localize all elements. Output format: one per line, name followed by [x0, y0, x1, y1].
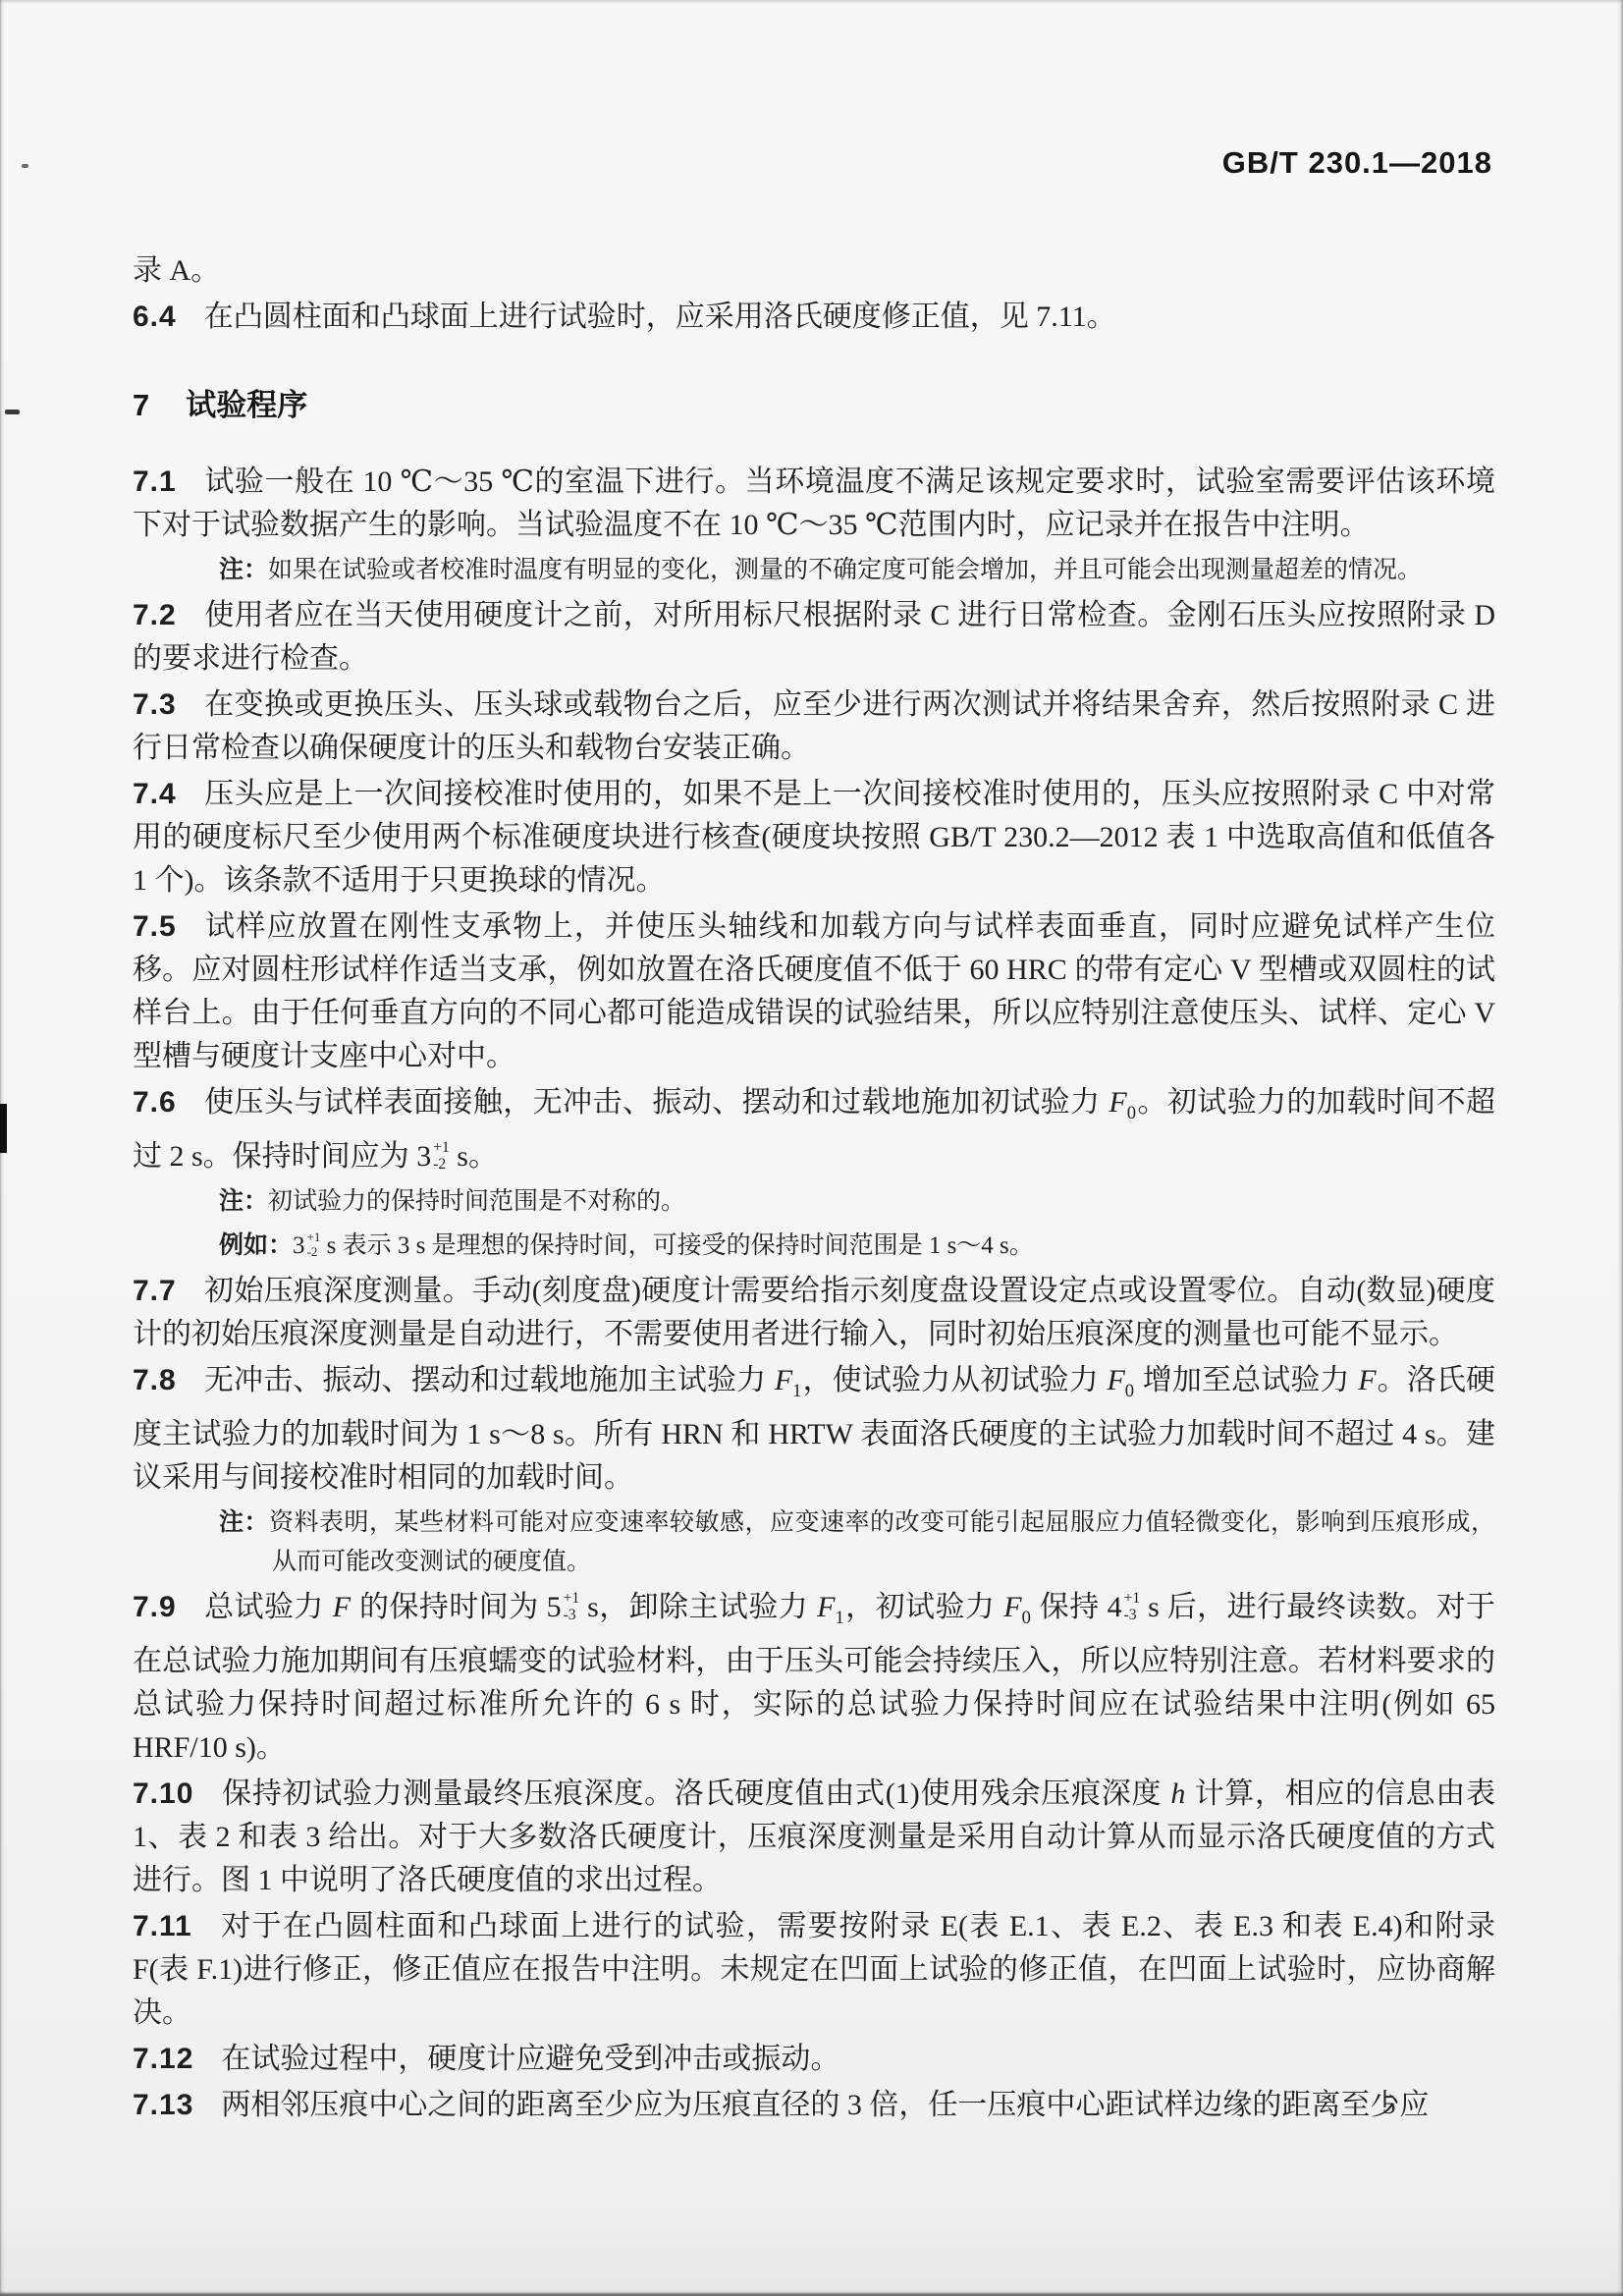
section-title: 试验程序: [186, 388, 307, 422]
scanned-document-page: GB/T 230.1—2018 录 A。6.4在凸圆柱面和凸球面上进行试验时，应…: [0, 0, 1623, 2296]
clause-paragraph: 7.9总试验力 F 的保持时间为 5+1-3 s，卸除主试验力 F1，初试验力 …: [133, 1586, 1495, 1770]
text-run: 压头应是上一次间接校准时使用的，如果不是上一次间接校准时使用的，压头应按照附录 …: [133, 778, 1495, 897]
variable-h: h: [1169, 1777, 1186, 1810]
note-paragraph: 注：如果在试验或者校准时温度有明显的变化，测量的不确定度可能会增加，并且可能会出…: [133, 550, 1495, 590]
text-run: 保持: [1032, 1591, 1108, 1623]
text-run: 在凸圆柱面和凸球面上进行试验时，应采用洛氏硬度修正值，见 7.11。: [204, 301, 1116, 333]
scan-artifact-bar: [0, 1104, 7, 1153]
clause-number: 7.10: [133, 1777, 193, 1810]
clause-paragraph: 6.4在凸圆柱面和凸球面上进行试验时，应采用洛氏硬度修正值，见 7.11。: [133, 296, 1495, 339]
clause-number: 7.1: [133, 465, 177, 498]
section-heading: 7试验程序: [133, 386, 1495, 425]
note-label: 注：: [219, 556, 268, 583]
clause-number: 7.5: [133, 910, 177, 943]
text-run: 试样应放置在刚性支承物上，并使压头轴线和加载方向与试样表面垂直，同时应避免试样产…: [133, 910, 1495, 1072]
clause-number: 7.4: [133, 778, 177, 810]
clause-number: 6.4: [133, 301, 177, 333]
clause-paragraph: 7.7初始压痕深度测量。手动(刻度盘)硬度计需要给指示刻度盘设置设定点或设置零位…: [133, 1270, 1495, 1356]
clause-paragraph: 7.12在试验过程中，硬度计应避免受到冲击或振动。: [133, 2038, 1495, 2081]
tolerance-value: 5+1-3: [547, 1586, 580, 1629]
clause-paragraph: 7.4压头应是上一次间接校准时使用的，如果不是上一次间接校准时使用的，压头应按照…: [133, 773, 1495, 902]
clause-number: 7.2: [133, 599, 177, 631]
text-run: 使压头与试样表面接触，无冲击、振动、摆动和过载地施加初试验力: [204, 1086, 1109, 1119]
text-run: s，卸除主试验力: [579, 1591, 816, 1623]
variable-F1: F1: [774, 1364, 803, 1396]
clause-paragraph: 7.13两相邻压痕中心之间的距离至少应为压痕直径的 3 倍，任一压痕中心距试样边…: [133, 2084, 1495, 2127]
page-number: 5: [1382, 2090, 1396, 2120]
standard-number-header: GB/T 230.1—2018: [1222, 145, 1492, 181]
tolerance-value: 3+1-2: [416, 1135, 450, 1178]
note-label: 例如：: [219, 1231, 293, 1259]
clause-paragraph: 7.10保持初试验力测量最终压痕深度。洛氏硬度值由式(1)使用残余压痕深度 h …: [133, 1773, 1495, 1902]
clause-paragraph: 7.2使用者应在当天使用硬度计之前，对所用标尺根据附录 C 进行日常检查。金刚石…: [133, 594, 1495, 681]
text-run: ，初试验力: [845, 1591, 1003, 1623]
clause-paragraph: 7.8无冲击、振动、摆动和过载地施加主试验力 F1，使试验力从初试验力 F0 增…: [133, 1359, 1495, 1500]
text-run: 试验一般在 10 ℃～35 ℃的室温下进行。当环境温度不满足该规定要求时，试验室…: [133, 465, 1495, 541]
clause-paragraph: 7.3在变换或更换压头、压头球或载物台之后，应至少进行两次测试并将结果舍弃，然后…: [133, 683, 1495, 770]
text-run: ，使试验力从初试验力: [802, 1364, 1106, 1396]
clause-number: 7.7: [133, 1275, 177, 1307]
text-run: 增加至总试验力: [1135, 1364, 1357, 1396]
clause-number: 7.9: [133, 1591, 177, 1623]
tolerance-value: 3+1-2: [293, 1227, 320, 1266]
text-run: 在试验过程中，硬度计应避免受到冲击或振动。: [221, 2043, 839, 2075]
text-run: 使用者应在当天使用硬度计之前，对所用标尺根据附录 C 进行日常检查。金刚石压头应…: [133, 599, 1495, 675]
section-number: 7: [133, 388, 150, 422]
text-run: 总试验力: [204, 1591, 332, 1623]
document-content: 录 A。6.4在凸圆柱面和凸球面上进行试验时，应采用洛氏硬度修正值，见 7.11…: [133, 249, 1495, 2130]
variable-F1: F1: [816, 1591, 845, 1623]
text-run: 无冲击、振动、摆动和过载地施加主试验力: [204, 1364, 774, 1396]
text-run: 对于在凸圆柱面和凸球面上进行的试验，需要按附录 E(表 E.1、表 E.2、表 …: [133, 1910, 1495, 2029]
variable-F0: F0: [1002, 1591, 1032, 1623]
tolerance-value: 4+1-3: [1108, 1586, 1141, 1629]
scan-artifact-tick: [5, 410, 20, 414]
clause-paragraph: 7.5试样应放置在刚性支承物上，并使压头轴线和加载方向与试样表面垂直，同时应避免…: [133, 905, 1495, 1078]
text-run: 如果在试验或者校准时温度有明显的变化，测量的不确定度可能会增加，并且可能会出现测…: [268, 557, 1422, 583]
note-label: 注：: [219, 1187, 268, 1215]
text-run: 资料表明，某些材料可能对应变速率较敏感，应变速率的改变可能引起屈服应力值轻微变化…: [269, 1509, 1495, 1575]
continuation-paragraph: 录 A。: [133, 249, 1495, 293]
text-run: 初试验力的保持时间范围是不对称的。: [268, 1188, 685, 1215]
variable-F0: F0: [1106, 1364, 1135, 1396]
clause-paragraph: 7.11对于在凸圆柱面和凸球面上进行的试验，需要按附录 E(表 E.1、表 E.…: [133, 1905, 1495, 2035]
text-run: 在变换或更换压头、压头球或载物台之后，应至少进行两次测试并将结果舍弃，然后按照附…: [133, 688, 1495, 764]
text-run: 两相邻压痕中心之间的距离至少应为压痕直径的 3 倍，任一压痕中心距试样边缘的距离…: [221, 2089, 1429, 2121]
text-run: 初始压痕深度测量。手动(刻度盘)硬度计需要给指示刻度盘设置设定点或设置零位。自动…: [133, 1275, 1495, 1350]
scan-artifact-speck: [22, 164, 28, 168]
clause-number: 7.12: [133, 2043, 193, 2075]
note-paragraph: 注：初试验力的保持时间范围是不对称的。: [133, 1181, 1495, 1222]
example-paragraph: 例如：3+1-2 s 表示 3 s 是理想的保持时间，可接受的保持时间范围是 1…: [133, 1226, 1495, 1266]
clause-number: 7.6: [133, 1086, 177, 1119]
clause-paragraph: 7.6使压头与试样表面接触，无冲击、振动、摆动和过载地施加初试验力 F0。初试验…: [133, 1081, 1495, 1178]
clause-number: 7.3: [133, 688, 177, 721]
note-paragraph: 注：资料表明，某些材料可能对应变速率较敏感，应变速率的改变可能引起屈服应力值轻微…: [133, 1503, 1495, 1582]
clause-number: 7.11: [133, 1910, 192, 1942]
variable-F: F: [332, 1591, 352, 1623]
clause-number: 7.8: [133, 1364, 177, 1396]
text-run: s 表示 3 s 是理想的保持时间，可接受的保持时间范围是 1 s～4 s。: [320, 1232, 1033, 1259]
variable-F0: F0: [1108, 1086, 1137, 1119]
text-run: s。: [450, 1140, 498, 1173]
clause-paragraph: 7.1试验一般在 10 ℃～35 ℃的室温下进行。当环境温度不满足该规定要求时，…: [133, 461, 1495, 547]
note-label: 注：: [219, 1508, 269, 1536]
text-run: 保持初试验力测量最终压痕深度。洛氏硬度值由式(1)使用残余压痕深度: [221, 1777, 1169, 1810]
text-run: 录 A。: [133, 254, 220, 287]
text-run: 的保持时间为: [352, 1591, 546, 1623]
clause-number: 7.13: [133, 2089, 193, 2121]
variable-F: F: [1357, 1364, 1377, 1396]
